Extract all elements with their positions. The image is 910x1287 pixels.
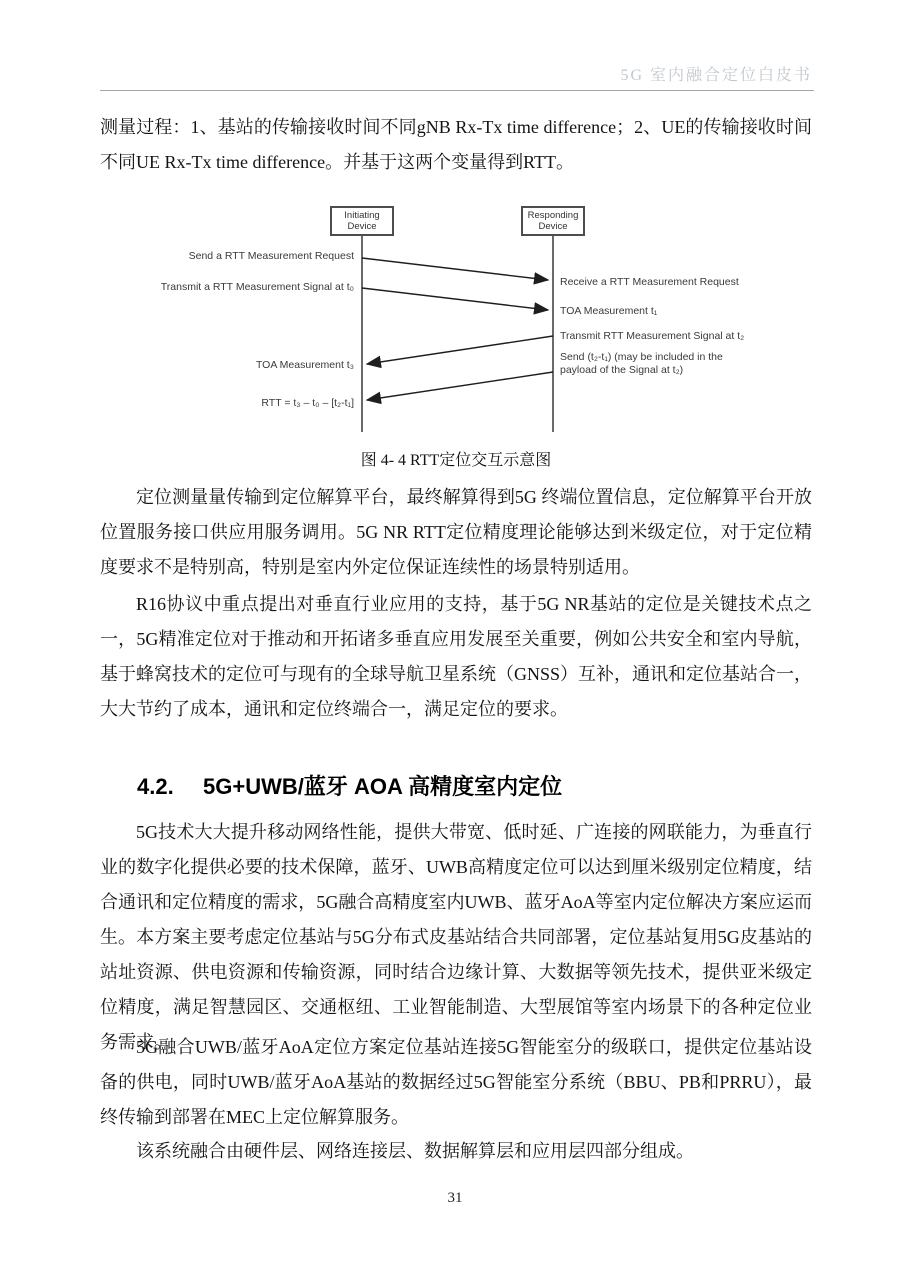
- paragraph-positioning-platform: 定位测量量传输到定位解算平台，最终解算得到5G 终端位置信息，定位解算平台开放位…: [100, 480, 812, 585]
- label-receive-rtt-request: Receive a RTT Measurement Request: [560, 276, 765, 289]
- figure-caption: 图 4- 4 RTT定位交互示意图: [100, 446, 812, 476]
- section-number: 4.2.: [137, 774, 203, 800]
- diagram-lines: [150, 200, 770, 448]
- label-toa-measurement-t1: TOA Measurement t₁: [560, 305, 765, 318]
- label-transmit-signal-t2: Transmit RTT Measurement Signal at t₂: [560, 330, 765, 343]
- label-send-payload: Send (t₂-t₁) (may be included in the pay…: [560, 351, 760, 377]
- header-divider: [100, 90, 814, 91]
- section-heading-4-2: 4.2. 5G+UWB/蓝牙 AOA 高精度室内定位: [137, 770, 817, 801]
- responding-device-box: Responding Device: [521, 206, 585, 236]
- page-number: 31: [0, 1190, 910, 1207]
- rtt-sequence-diagram: Initiating Device Responding Device Send…: [150, 200, 770, 448]
- paragraph-measurement-process: 测量过程：1、基站的传输接收时间不同gNB Rx-Tx time differe…: [100, 110, 812, 180]
- paragraph-uwb-aoa-solution: 5G融合UWB/蓝牙AoA定位方案定位基站连接5G智能室分的级联口，提供定位基站…: [100, 1030, 812, 1135]
- label-transmit-signal-t0: Transmit a RTT Measurement Signal at t₀: [150, 281, 354, 294]
- section-title: 5G+UWB/蓝牙 AOA 高精度室内定位: [203, 770, 562, 801]
- label-rtt-formula: RTT = t₃ – t₀ – [t₂-t₁]: [150, 397, 354, 410]
- label-send-rtt-request: Send a RTT Measurement Request: [150, 250, 354, 263]
- document-page: { "page": { "header": { "title": "5G 室内融…: [0, 0, 910, 1287]
- paragraph-5g-technology: 5G技术大大提升移动网络性能，提供大带宽、低时延、广连接的网联能力，为垂直行业的…: [100, 815, 812, 1060]
- paragraph-r16-protocol: R16协议中重点提出对垂直行业应用的支持，基于5G NR基站的定位是关键技术点之…: [100, 587, 812, 727]
- paragraph-system-layers: 该系统融合由硬件层、网络连接层、数据解算层和应用层四部分组成。: [100, 1134, 812, 1169]
- label-toa-measurement-t3: TOA Measurement t₃: [150, 359, 354, 372]
- initiating-device-box: Initiating Device: [330, 206, 394, 236]
- header-title: 5G 室内融合定位白皮书: [100, 62, 812, 85]
